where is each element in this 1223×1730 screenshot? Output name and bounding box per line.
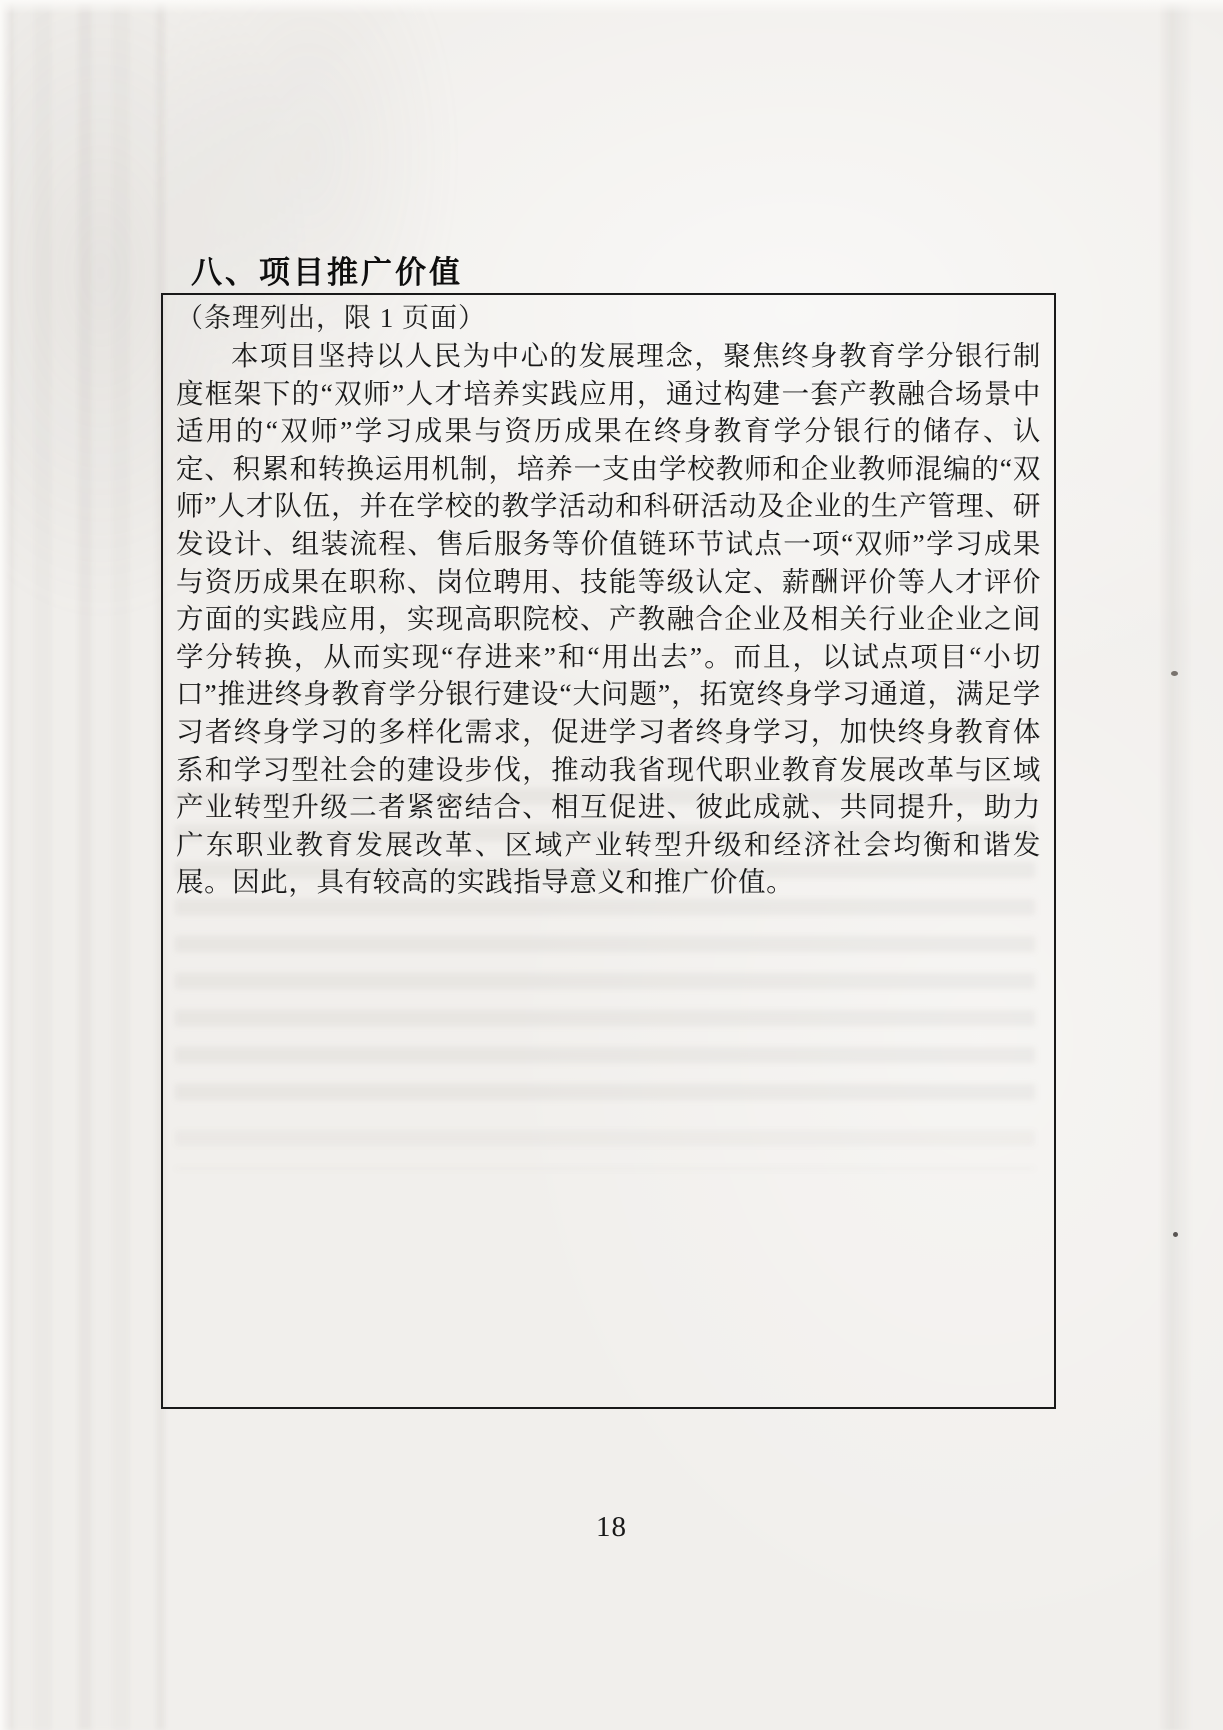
scan-edge-top: [0, 0, 1223, 14]
scan-band-right: [1158, 0, 1192, 1730]
content-box: （条理列出，限 1 页面） 本项目坚持以人民为中心的发展理念，聚焦终身教育学分银…: [161, 293, 1056, 1409]
scan-edge-left: [0, 0, 12, 1730]
ink-speck: [1171, 671, 1178, 676]
ink-speck: [1173, 1232, 1178, 1237]
page-number: 18: [0, 1511, 1223, 1544]
section-heading: 八、项目推广价值: [191, 247, 463, 292]
scanned-page: 八、项目推广价值 （条理列出，限 1 页面） 本项目坚持以人民为中心的发展理念，…: [0, 0, 1223, 1730]
body-paragraph: 本项目坚持以人民为中心的发展理念，聚焦终身教育学分银行制度框架下的“双师”人才培…: [176, 337, 1041, 901]
instruction-note: （条理列出，限 1 页面）: [176, 300, 1041, 337]
